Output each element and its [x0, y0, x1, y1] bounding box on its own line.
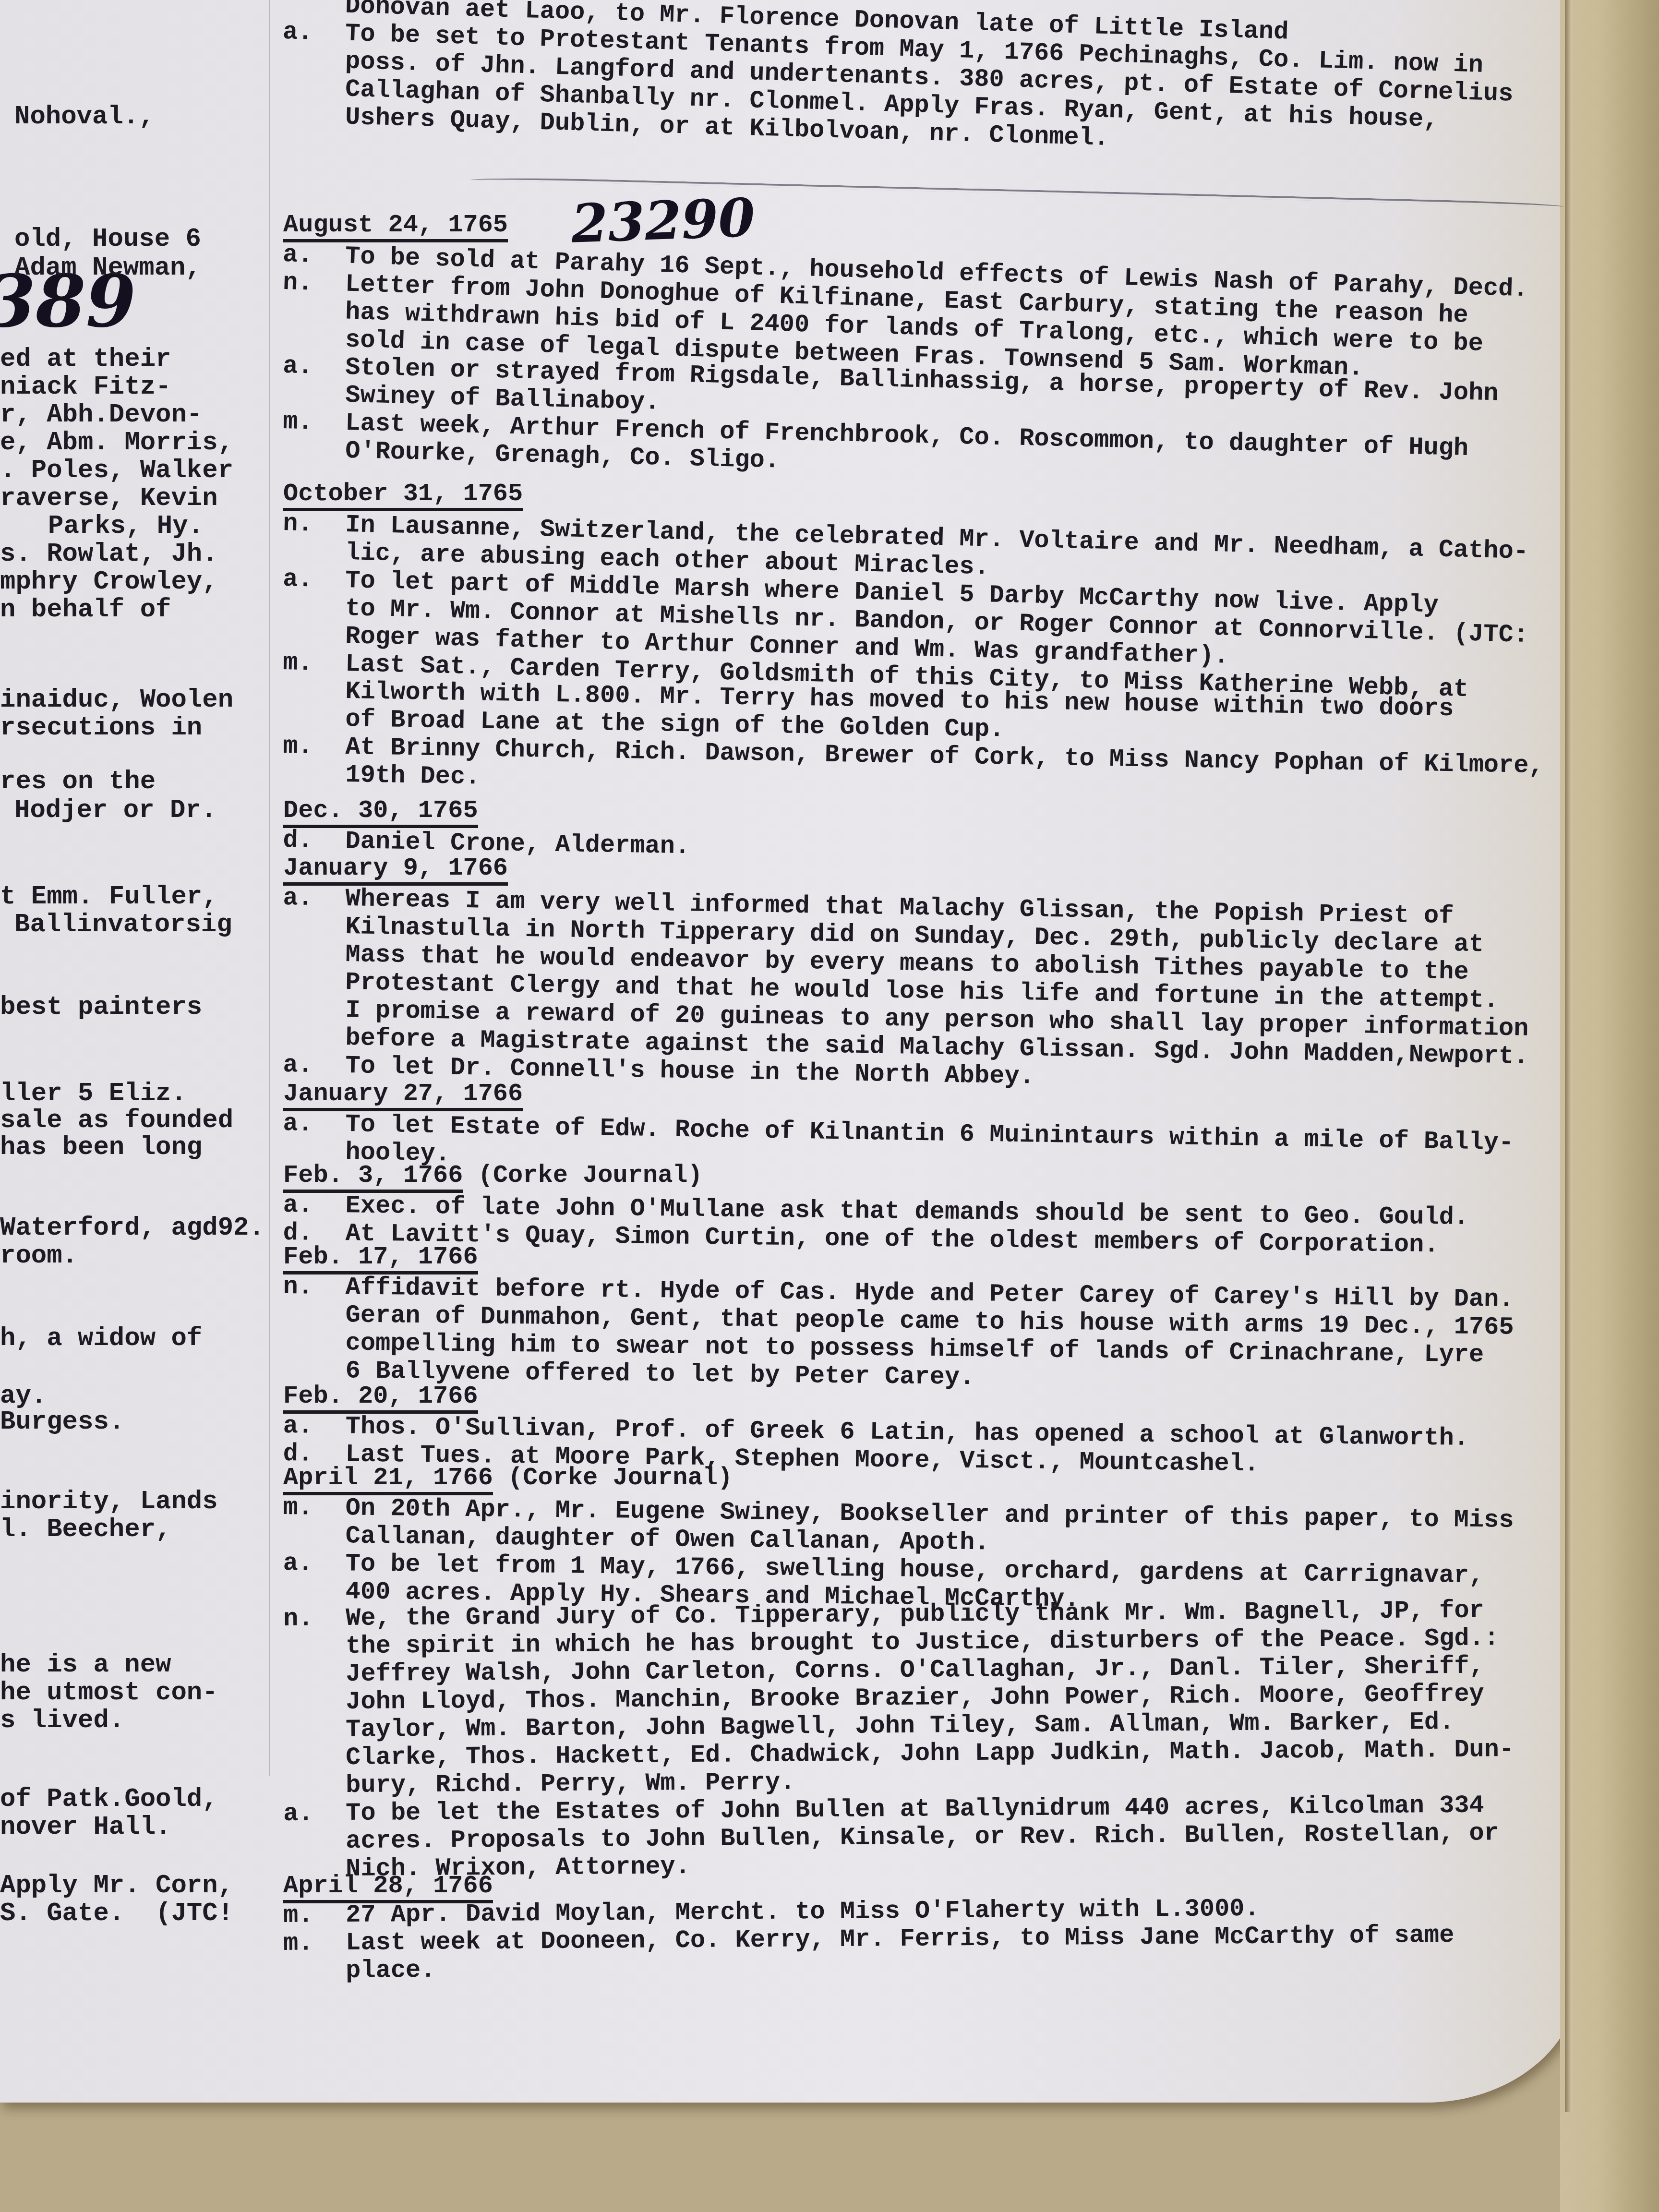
date-heading: April 21, 1766 (Corke Journal) — [283, 1464, 733, 1492]
left-column-line: he is a new — [0, 1651, 171, 1679]
entry-type-tag: a. — [282, 241, 346, 271]
entry-type-tag: m. — [283, 1901, 346, 1930]
date-heading-text: Feb. 20, 1766 — [283, 1382, 478, 1414]
entry-type-tag: a. — [283, 1800, 346, 1828]
source-note: (Corke Journal) — [493, 1464, 733, 1492]
entry-type-tag: d. — [283, 827, 346, 855]
date-heading-text: August 24, 1765 — [283, 211, 508, 242]
entry-type-tag — [283, 1708, 346, 1709]
left-column-line: Waterford, agd92. — [0, 1214, 264, 1242]
date-heading: January 27, 1766 — [283, 1080, 523, 1108]
entry-continuation: bury, Richd. Perry, Wm. Perry. — [283, 1769, 795, 1800]
left-column-line: s lived. — [0, 1707, 124, 1735]
entry-type-tag — [283, 1848, 346, 1848]
entry-type-tag: a. — [283, 352, 346, 382]
left-column-line: ller 5 Eliz. — [0, 1080, 187, 1108]
left-column-line: Parks, Hy. — [48, 513, 204, 541]
left-column-line: e, Abm. Morris, — [0, 429, 233, 457]
left-column-line: res on the — [0, 768, 156, 796]
date-heading: Feb. 17, 1766 — [283, 1243, 478, 1271]
page-edge — [1565, 0, 1572, 2112]
entry-type-tag: n. — [282, 269, 346, 299]
left-column-line: S. Gate. (JTC! — [0, 1900, 233, 1928]
entry-type-tag — [283, 317, 345, 319]
left-column-line: has been long — [0, 1134, 202, 1162]
date-heading: Feb. 3, 1766 (Corke Journal) — [283, 1162, 703, 1190]
left-column-line: ay. — [0, 1382, 47, 1410]
left-column-line: n behalf of — [0, 596, 171, 624]
left-column-line: room. — [0, 1242, 78, 1270]
entry-type-tag — [283, 66, 345, 68]
entry-continuation: 19th Dec. — [283, 760, 481, 791]
entry-type-tag — [283, 1736, 346, 1737]
entry-type-tag — [283, 1764, 346, 1765]
entry-type-tag: n. — [283, 510, 346, 539]
entry-type-tag — [283, 94, 345, 96]
date-heading: October 31, 1765 — [283, 480, 523, 508]
entry-type-tag — [283, 1598, 346, 1598]
entry-type-tag: a. — [283, 1110, 346, 1139]
left-column-line: sale as founded — [0, 1107, 233, 1135]
entry-type-tag — [283, 1158, 345, 1159]
date-heading-text: Feb. 3, 1766 — [283, 1161, 463, 1193]
entry-type-tag: m. — [283, 1929, 346, 1958]
entry-type-tag — [283, 11, 345, 12]
entry-type-tag — [283, 932, 345, 933]
left-column-line: Nohoval., — [14, 103, 155, 131]
left-column-line: Ballinvatorsig — [14, 911, 232, 939]
left-column-line: of Patk.Goold, — [0, 1786, 218, 1814]
entry-type-tag — [283, 1681, 346, 1681]
entry-type-tag — [283, 122, 345, 124]
left-column-line: Burgess. — [0, 1408, 124, 1436]
entry-type-tag: a. — [283, 1051, 346, 1080]
left-column-line: Adam Newman, — [14, 254, 201, 282]
entry-type-tag — [283, 725, 345, 726]
entry-type-tag — [283, 1792, 346, 1792]
date-heading-text: October 31, 1765 — [283, 480, 523, 511]
handwritten-number-main: 23290 — [570, 186, 756, 254]
entry-type-tag — [283, 697, 345, 698]
date-heading-text: January 9, 1766 — [283, 854, 508, 886]
entry-type-tag — [283, 1016, 345, 1017]
left-column-line: nover Hall. — [0, 1814, 171, 1841]
column-divider — [269, 0, 270, 1776]
entry-type-tag — [283, 988, 345, 989]
left-column-line: he utmost con- — [0, 1679, 218, 1707]
entry-type-tag — [283, 641, 345, 643]
entry-type-tag — [283, 345, 345, 347]
left-column-line: ed at their — [0, 346, 171, 373]
left-column-line: niack Fitz- — [0, 373, 171, 401]
entry-type-tag: n. — [283, 1273, 346, 1301]
entry-type-tag — [283, 1321, 346, 1322]
entry-text: bury, Richd. Perry, Wm. Perry. — [346, 1769, 795, 1800]
entry-type-tag — [283, 1653, 346, 1653]
entry-text: place. — [346, 1957, 436, 1985]
left-column-line: best painters — [0, 994, 202, 1022]
left-column-line: rsecutions in — [0, 714, 202, 742]
entry-type-tag — [283, 781, 345, 781]
entry-type-tag: a. — [283, 1191, 346, 1220]
book-spine — [1560, 0, 1659, 2212]
left-column-line: Hodjer or Dr. — [14, 797, 216, 825]
entry-type-tag: m. — [283, 408, 346, 437]
left-column-line: mphry Crowley, — [0, 568, 218, 596]
entry-type-tag — [283, 1542, 346, 1542]
date-heading: Dec. 30, 1765 — [283, 797, 478, 825]
entry-type-tag — [283, 558, 345, 559]
entry-type-tag: a. — [283, 565, 346, 595]
entry-type-tag: m. — [283, 733, 346, 761]
entry-type-tag — [283, 1044, 345, 1045]
entry-type-tag — [283, 960, 345, 961]
date-heading-text: Dec. 30, 1765 — [283, 796, 478, 828]
left-column-line: old, House 6 — [14, 226, 201, 253]
left-column-line: t Emm. Fuller, — [0, 883, 218, 911]
left-column-line: l. Beecher, — [0, 1516, 171, 1544]
entry-type-tag — [283, 1349, 346, 1349]
entry-type-tag: n. — [283, 1605, 346, 1633]
entry-type-tag — [283, 1377, 346, 1377]
entry-type-tag: a. — [283, 1550, 346, 1578]
entry-type-tag — [283, 456, 345, 457]
left-column-line: Apply Mr. Corn, — [0, 1872, 233, 1900]
left-column-line: . Poles, Walker — [0, 457, 233, 485]
entry-type-tag — [283, 1977, 346, 1978]
source-note: (Corke Journal) — [463, 1161, 702, 1190]
date-heading: August 24, 1765 — [283, 211, 508, 239]
date-heading: January 9, 1766 — [283, 854, 508, 882]
date-heading-text: Feb. 17, 1766 — [283, 1243, 478, 1274]
entry-type-tag — [283, 613, 345, 615]
entry-type-tag: a. — [282, 18, 346, 48]
entry-type-tag: m. — [283, 1494, 346, 1522]
entry-type-tag: m. — [283, 649, 346, 678]
entry-continuation: place. — [283, 1957, 436, 1985]
left-column-line: h, a widow of — [0, 1325, 202, 1353]
left-column-line: s. Rowlat, Jh. — [0, 541, 218, 568]
entry-type-tag — [283, 400, 345, 402]
left-column-line: raverse, Kevin — [0, 485, 218, 513]
entry-type-tag: a. — [283, 1412, 346, 1441]
date-heading: Feb. 20, 1766 — [283, 1382, 478, 1410]
date-heading-text: April 28, 1766 — [283, 1872, 493, 1903]
left-column-line: inority, Lands — [0, 1488, 218, 1516]
left-column-line: inaiduc, Woolen — [0, 686, 233, 714]
date-heading: April 28, 1766 — [283, 1872, 493, 1900]
left-column-line: r, Abh.Devon- — [0, 401, 202, 429]
entry-type-tag: a. — [283, 884, 346, 913]
entry-text: 19th Dec. — [345, 761, 481, 791]
date-heading-text: January 27, 1766 — [283, 1080, 523, 1111]
date-heading-text: April 21, 1766 — [283, 1464, 493, 1495]
